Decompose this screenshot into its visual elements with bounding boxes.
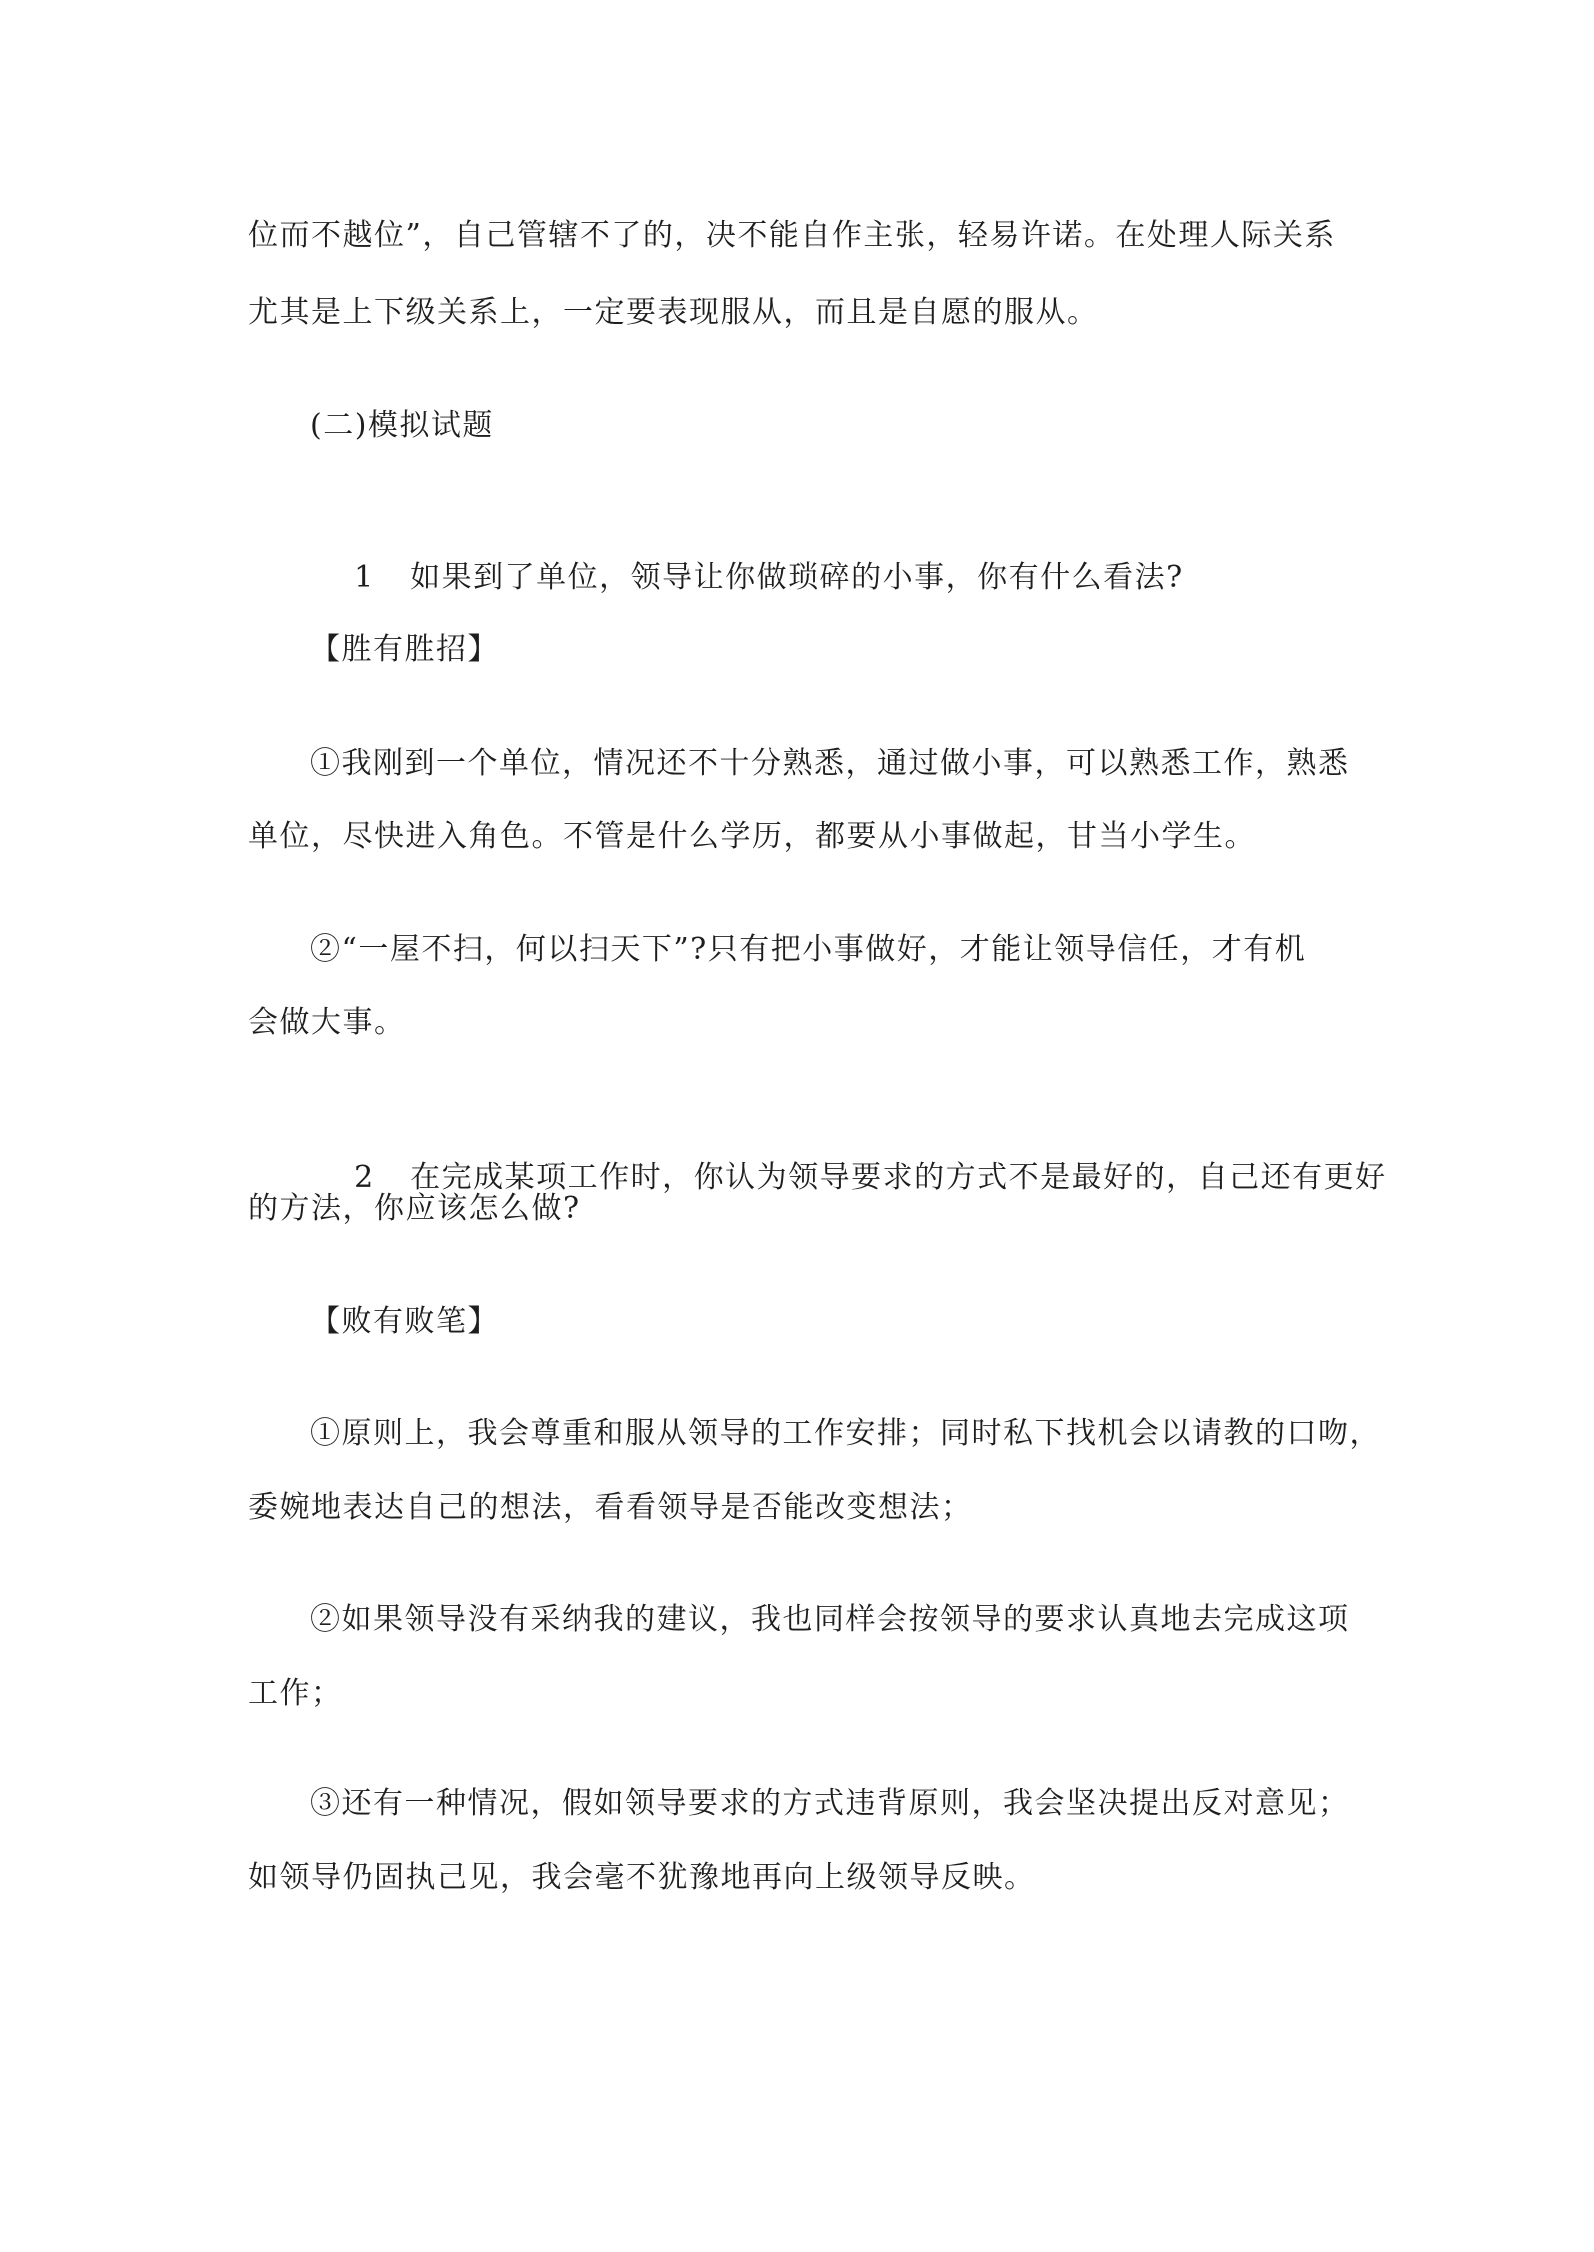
question-number: 1 (354, 558, 410, 598)
answer-heading-bad: 【败有败笔】 (310, 1302, 499, 1342)
question-text-line: 的方法，你应该怎么做? (248, 1189, 581, 1229)
question-2: 2在完成某项工作时，你认为领导要求的方式不是最好的，自己还有更好 (310, 1118, 1387, 1158)
answer-heading-good: 【胜有胜招】 (310, 630, 499, 670)
answer-point-line: 会做大事。 (248, 1003, 406, 1043)
question-text: 如果到了单位，领导让你做琐碎的小事，你有什么看法? (410, 560, 1184, 595)
section-heading: (二)模拟试题 (310, 406, 494, 446)
answer-point-line: 单位，尽快进入角色。不管是什么学历，都要从小事做起，甘当小学生。 (248, 817, 1256, 857)
answer-point-line: ①我刚到一个单位，情况还不十分熟悉，通过做小事，可以熟悉工作，熟悉 (310, 744, 1350, 784)
answer-point-line: ②“一屋不扫，何以扫天下”?只有把小事做好，才能让领导信任，才有机 (310, 930, 1306, 970)
document-page: 位而不越位”，自己管辖不了的，决不能自作主张，轻易许诺。在处理人际关系 尤其是上… (0, 0, 1594, 2252)
answer-point-line: 如领导仍固执己见，我会毫不犹豫地再向上级领导反映。 (248, 1858, 1036, 1898)
body-text-line: 位而不越位”，自己管辖不了的，决不能自作主张，轻易许诺。在处理人际关系 (248, 216, 1336, 256)
body-text-line: 尤其是上下级关系上，一定要表现服从，而且是自愿的服从。 (248, 293, 1099, 333)
answer-point-line: ②如果领导没有采纳我的建议，我也同样会按领导的要求认真地去完成这项 (310, 1600, 1350, 1640)
answer-point-line: ③还有一种情况，假如领导要求的方式违背原则，我会坚决提出反对意见； (310, 1784, 1350, 1824)
answer-point-line: 委婉地表达自己的想法，看看领导是否能改变想法； (248, 1488, 973, 1528)
answer-point-line: ①原则上，我会尊重和服从领导的工作安排；同时私下找机会以请教的口吻， (310, 1414, 1381, 1454)
answer-point-line: 工作； (248, 1674, 343, 1714)
question-1: 1如果到了单位，领导让你做琐碎的小事，你有什么看法? (310, 518, 1184, 558)
